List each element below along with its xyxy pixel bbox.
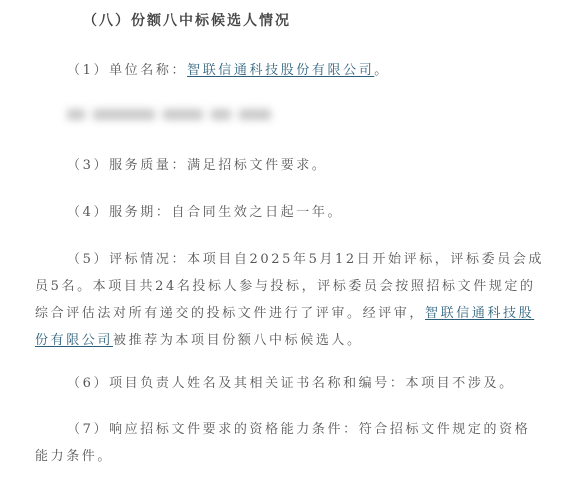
item-number: （4）	[67, 205, 109, 220]
item-number: （5）	[67, 252, 109, 267]
redacted-item	[67, 103, 302, 125]
item-project-leader: （6）项目负责人姓名及其相关证书名称和编号：本项目不涉及。	[35, 370, 545, 397]
item-qualification: （7）响应招标文件要求的资格能力条件：符合招标文件规定的资格能力条件。	[35, 416, 545, 470]
item-number: （1）	[67, 63, 109, 78]
item-label: 评标情况：	[109, 252, 187, 267]
item-company-name: （1）单位名称：智联信通科技股份有限公司。	[35, 57, 545, 84]
item-value: 本项目不涉及。	[405, 376, 514, 391]
company-link[interactable]: 智联信通科技股份有限公司	[187, 63, 374, 78]
item-label: 服务质量：	[109, 158, 187, 173]
item-label: 服务期：	[109, 205, 171, 220]
item-suffix: 。	[374, 63, 390, 78]
item-label: 项目负责人姓名及其相关证书名称和编号：	[109, 376, 405, 391]
item-number: （7）	[67, 422, 109, 437]
document-page: （八）份额八中标候选人情况 （1）单位名称：智联信通科技股份有限公司。 （3）服…	[0, 0, 575, 481]
item-value: 自合同生效之日起一年。	[171, 205, 343, 220]
item-label: 单位名称：	[109, 63, 187, 78]
item-label: 响应招标文件要求的资格能力条件：	[109, 422, 359, 437]
item-evaluation: （5）评标情况：本项目自2025年5月12日开始评标，评标委员会成员5名。本项目…	[35, 246, 545, 354]
item-value: 满足招标文件要求。	[187, 158, 327, 173]
item-service-quality: （3）服务质量：满足招标文件要求。	[35, 152, 545, 179]
item-number: （6）	[67, 376, 109, 391]
item-text-after: 被推荐为本项目份额八中标候选人。	[113, 333, 363, 348]
item-number: （3）	[67, 158, 109, 173]
item-service-period: （4）服务期：自合同生效之日起一年。	[35, 199, 545, 226]
section-title: （八）份额八中标候选人情况	[83, 10, 291, 30]
